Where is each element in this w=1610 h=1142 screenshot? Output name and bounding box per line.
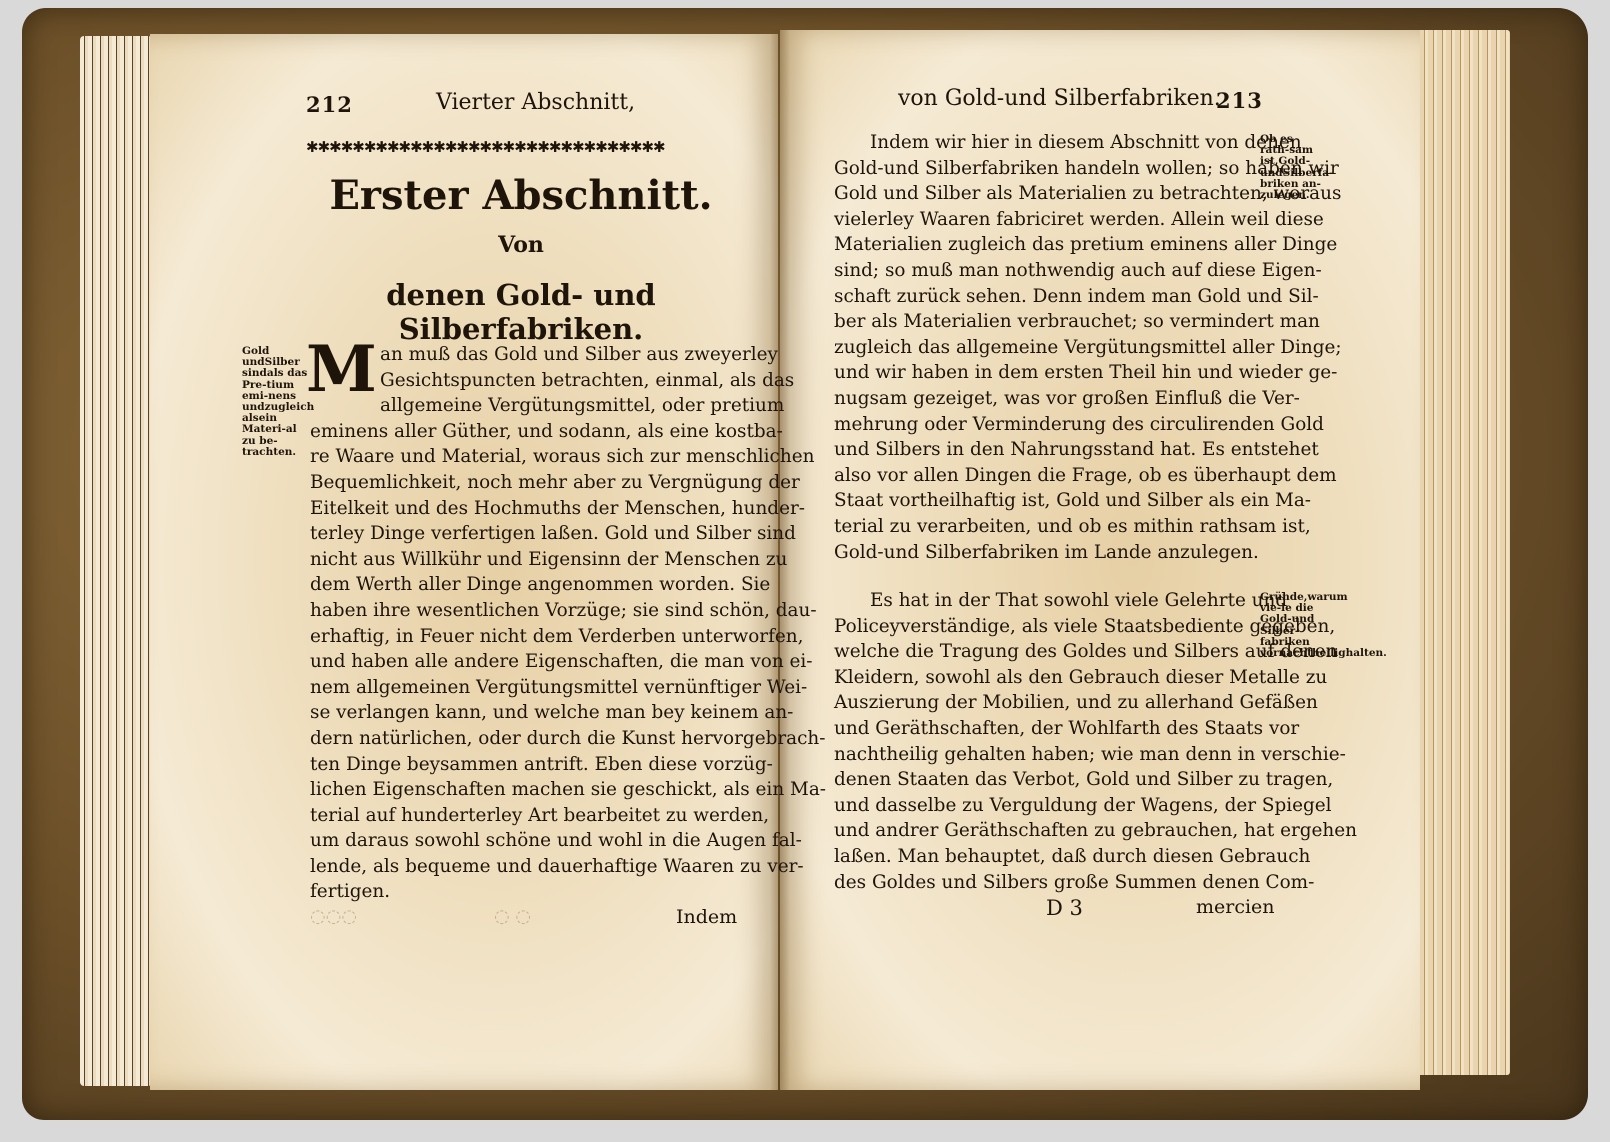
text-line: terial zu verarbeiten, und ob es mithin … [834, 514, 1256, 540]
text-line: lende, als bequeme und dauerhaftige Waar… [310, 854, 734, 880]
text-line: eminens aller Güther, und sodann, als ei… [310, 419, 734, 445]
text-line: an muß das Gold und Silber aus zweyerley [310, 342, 734, 368]
chapter-von: Von [306, 232, 736, 258]
text-line: denen Staaten das Verbot, Gold und Silbe… [834, 767, 1256, 793]
text-line: Es hat in der That sowohl viele Gelehrte… [834, 588, 1256, 614]
text-line: und dasselbe zu Verguldung der Wagens, d… [834, 793, 1256, 819]
text-line: und Silbers in den Nahrungsstand hat. Es… [834, 437, 1256, 463]
text-line: laßen. Man behauptet, daß durch diesen G… [834, 844, 1256, 870]
right-page-edges [1410, 30, 1510, 1075]
text-line: Gesichtspuncten betrachten, einmal, als … [310, 368, 734, 394]
text-line: re Waare und Material, woraus sich zur m… [310, 444, 734, 470]
text-line: Materialien zugleich das pretium eminens… [834, 232, 1256, 258]
text-line: Gold-und Silberfabriken im Lande anzuleg… [834, 540, 1256, 566]
text-line: Bequemlichkeit, noch mehr aber zu Vergnü… [310, 470, 734, 496]
text-line: Gründe, [1260, 591, 1307, 603]
text-line: sind; so muß man nothwendig auch auf die… [834, 258, 1256, 284]
text-line: und wir haben in dem ersten Theil hin un… [834, 360, 1256, 386]
text-line: vielerley Waaren fabriciret werden. Alle… [834, 207, 1256, 233]
catchword-right: mercien [1196, 896, 1275, 918]
text-line: allgemeine Vergütungsmittel, oder pretiu… [310, 393, 734, 419]
running-head-left: Vierter Abschnitt, [436, 90, 635, 115]
text-line: zulegen. [1260, 189, 1310, 201]
text-line: mehrung oder Verminderung des circuliren… [834, 412, 1256, 438]
text-line: Eitelkeit und des Hochmuths der Menschen… [310, 496, 734, 522]
text-line: haben ihre wesentlichen Vorzüge; sie sin… [310, 598, 734, 624]
text-line: Ob es rath- [1260, 133, 1293, 156]
text-line: nem allgemeinen Vergütungsmittel vernünf… [310, 675, 734, 701]
text-line: welche die Tragung des Goldes und Silber… [834, 639, 1256, 665]
text-line: briken an- [1260, 178, 1321, 190]
text-line: des Goldes und Silbers große Summen dene… [834, 870, 1256, 896]
signature-mark: D 3 [1046, 896, 1083, 920]
text-line: zugleich das allgemeine Vergütungsmittel… [834, 335, 1256, 361]
right-paragraph-1: Indem wir hier in diesem Abschnitt von d… [834, 130, 1256, 565]
text-line: terial auf hunderterley Art bearbeitet z… [310, 803, 734, 829]
text-line: Staat vortheilhaftig ist, Gold und Silbe… [834, 488, 1256, 514]
text-line: nicht aus Willkühr und Eigensinn der Men… [310, 547, 734, 573]
text-line: ber als Materialien verbrauchet; so verm… [834, 309, 1256, 335]
chapter-title: Erster Abschnitt. [306, 172, 736, 219]
text-line: ten Dinge beysammen antrift. Eben diese … [310, 752, 734, 778]
text-line: und haben alle andere Eigenschaften, die… [310, 649, 734, 675]
text-line: dern natürlichen, oder durch die Kunst h… [310, 726, 734, 752]
text-line: um daraus sowohl schöne und wohl in die … [310, 828, 734, 854]
text-line: nachtheilig gehalten haben; wie man denn… [834, 742, 1256, 768]
text-line: Auszierung der Mobilien, und zu allerhan… [834, 690, 1256, 716]
page-number-left: 212 [306, 92, 353, 117]
left-body-text: an muß das Gold und Silber aus zweyerley… [310, 342, 734, 905]
text-line: se verlangen kann, und welche man bey ke… [310, 700, 734, 726]
text-line: Indem wir hier in diesem Abschnitt von d… [834, 130, 1256, 156]
text-line: halten. [1346, 647, 1387, 659]
text-line: Policeyverständige, als viele Staatsbedi… [834, 614, 1256, 640]
page-number-right: 213 [1216, 88, 1263, 113]
text-line: trachten. [242, 446, 296, 458]
catchword-left: Indem [676, 906, 737, 928]
text-line: nachtheilig [1279, 647, 1346, 659]
text-line: Kleidern, sowohl als den Gebrauch dieser… [834, 665, 1256, 691]
margin-note-right-2: Gründe,warum vie-le die Gold-und Silber-… [1260, 592, 1324, 659]
text-line: nugsam gezeiget, was vor großen Einfluß … [834, 386, 1256, 412]
text-line: lichen Eigenschaften machen sie geschick… [310, 777, 734, 803]
left-page-edges [80, 36, 152, 1086]
text-line: Gold-und Silberfabriken handeln wollen; … [834, 156, 1256, 182]
right-paragraph-2: Es hat in der That sowohl viele Gelehrte… [834, 588, 1256, 895]
text-line: dem Werth aller Dinge angenommen worden.… [310, 572, 734, 598]
running-head-right: von Gold-und Silberfabriken. [898, 86, 1221, 111]
margin-note-right-1: Ob es rath-sam ist,Gold-undSilberfa-brik… [1260, 134, 1324, 201]
text-line: schaft zurück sehen. Denn indem man Gold… [834, 284, 1256, 310]
show-through-mark: ◌ ◌ [494, 906, 531, 927]
text-line: und Geräthschaften, der Wohlfarth des St… [834, 716, 1256, 742]
text-line: Silberfa- [1283, 167, 1334, 179]
text-line: und andrer Geräthschaften zu gebrauchen,… [834, 818, 1256, 844]
text-line: terley Dinge verfertigen laßen. Gold und… [310, 521, 734, 547]
margin-note-left: Gold undSilber sindals das Pre-tium emi-… [242, 346, 308, 458]
text-line: Gold und Silber als Materialien zu betra… [834, 181, 1256, 207]
text-line: also vor allen Dingen die Frage, ob es ü… [834, 463, 1256, 489]
ornament-rule: ✱✱✱✱✱✱✱✱✱✱✱✱✱✱✱✱✱✱✱✱✱✱✱✱✱✱✱✱✱✱✱ [306, 138, 726, 156]
show-through-mark: ◌◌◌ [310, 906, 357, 927]
text-line: erhaftig, in Feuer nicht dem Verderben u… [310, 624, 734, 650]
text-line: fertigen. [310, 879, 734, 905]
